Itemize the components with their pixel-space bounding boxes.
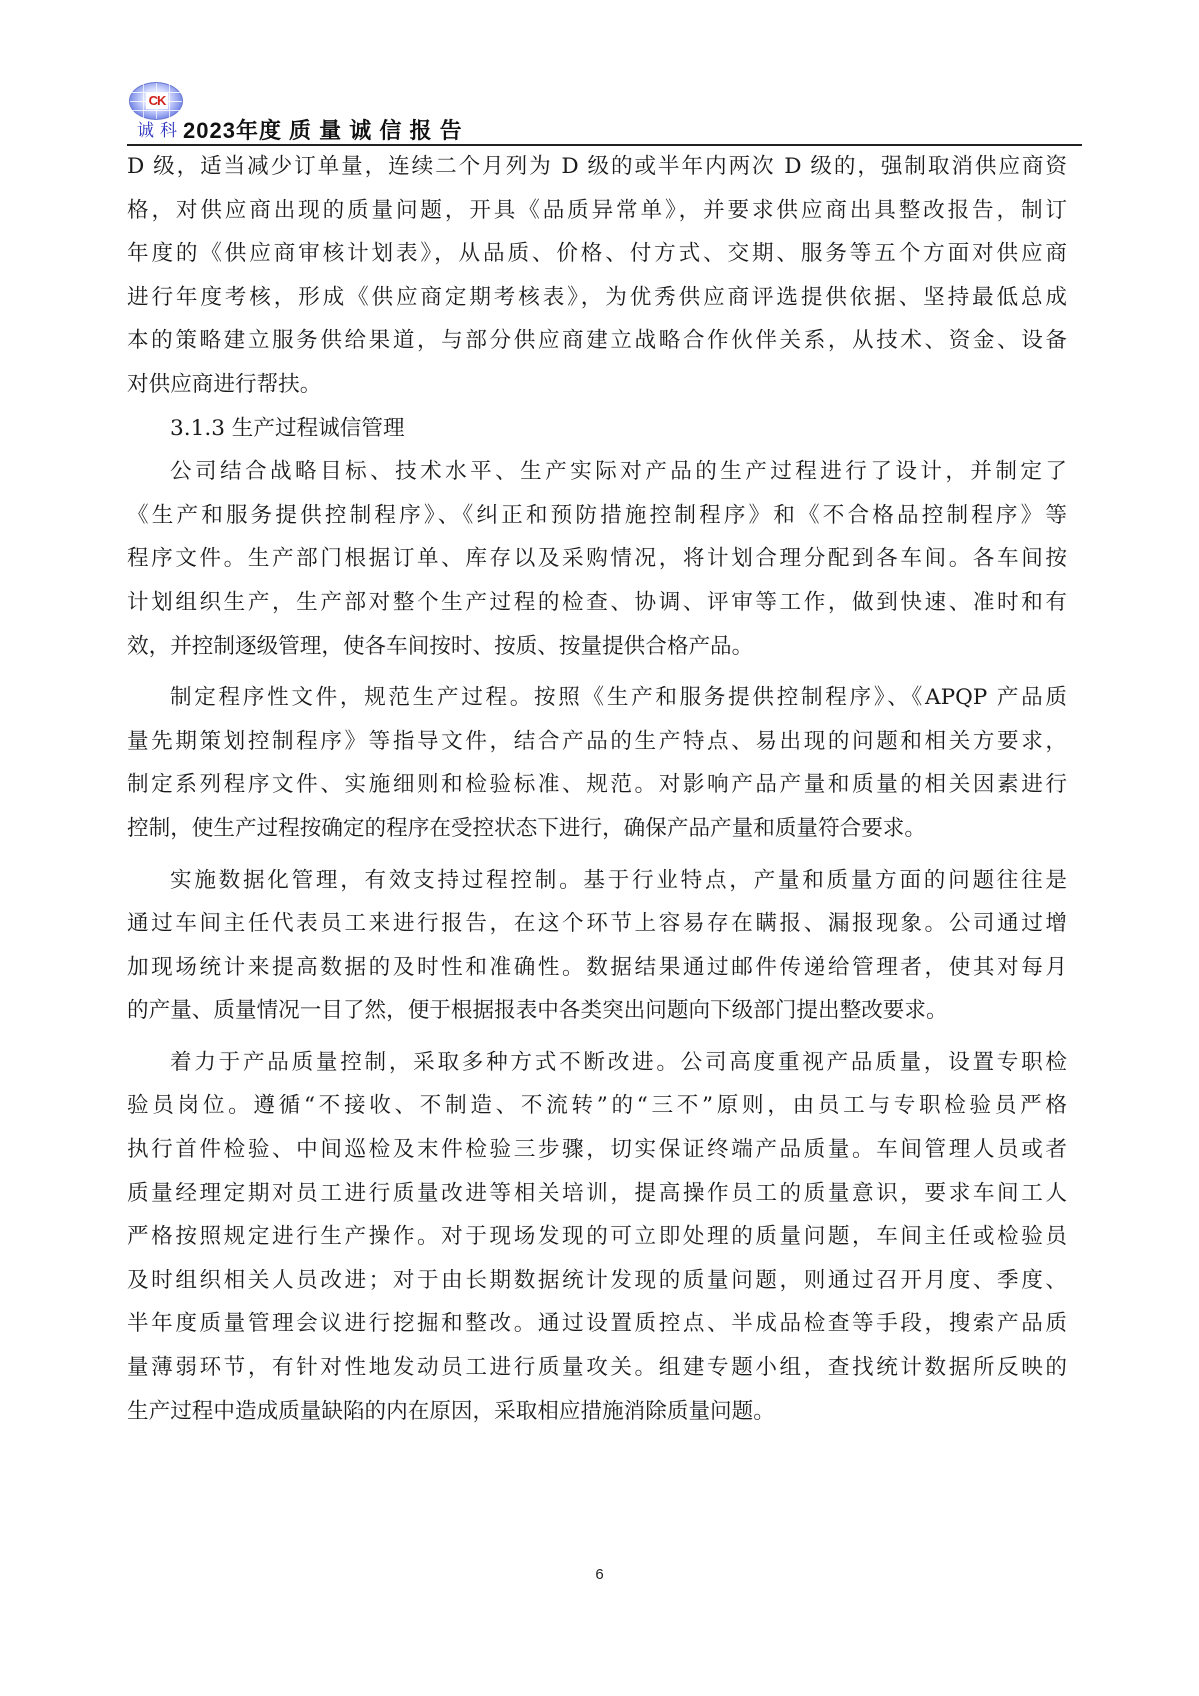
logo-company-name: 诚科 (137, 116, 183, 141)
text-line: 格，对供应商出现的质量问题，开具《品质异常单》，并要求供应商出具整改报告，制订 (127, 189, 1067, 233)
text-line: 严格按照规定进行生产操作。对于现场发现的可立即处理的质量问题，车间主任或检验员 (127, 1215, 1067, 1259)
text-line: 生产过程中造成质量缺陷的内在原因，采取相应措施消除质量问题。 (127, 1390, 1067, 1434)
text-line: 量先期策划控制程序》等指导文件，结合产品的生产特点、易出现的问题和相关方要求， (127, 720, 1067, 764)
text-line: 着力于产品质量控制，采取多种方式不断改进。公司高度重视产品质量，设置专职检 (127, 1041, 1067, 1085)
text-line: 半年度质量管理会议进行挖掘和整改。通过设置质控点、半成品检查等手段，搜索产品质 (127, 1302, 1067, 1346)
text-line: 年度的《供应商审核计划表》，从品质、价格、付方式、交期、服务等五个方面对供应商 (127, 232, 1067, 276)
globe-icon: CK (129, 82, 183, 120)
section-heading: 3.1.3 生产过程诚信管理 (127, 407, 1067, 451)
text-line: 《生产和服务提供控制程序》、《纠正和预防措施控制程序》和《不合格品控制程序》等 (127, 494, 1067, 538)
document-page: CK 诚科 2023年度 质 量 诚 信 报 告 D 级，适当减少订单量，连续二… (0, 0, 1199, 1696)
text-line: 对供应商进行帮扶。 (127, 363, 1067, 407)
text-line: 通过车间主任代表员工来进行报告，在这个环节上容易存在瞒报、漏报现象。公司通过增 (127, 902, 1067, 946)
text-line: 及时组织相关人员改进；对于由长期数据统计发现的质量问题，则通过召开月度、季度、 (127, 1259, 1067, 1303)
text-line: 公司结合战略目标、技术水平、生产实际对产品的生产过程进行了设计，并制定了 (127, 450, 1067, 494)
document-body: D 级，适当减少订单量，连续二个月列为 D 级的或半年内两次 D 级的，强制取消… (127, 145, 1067, 1433)
report-title: 2023年度 质 量 诚 信 报 告 (183, 114, 463, 145)
text-line: 进行年度考核，形成《供应商定期考核表》，为优秀供应商评选提供依据、坚持最低总成 (127, 276, 1067, 320)
text-line: 控制，使生产过程按确定的程序在受控状态下进行，确保产品产量和质量符合要求。 (127, 807, 1067, 851)
text-line: 质量经理定期对员工进行质量改进等相关培训，提高操作员工的质量意识，要求车间工人 (127, 1172, 1067, 1216)
paragraph-data-management: 实施数据化管理，有效支持过程控制。基于行业特点，产量和质量方面的问题往往是 通过… (127, 859, 1067, 1033)
text-line: 程序文件。生产部门根据订单、库存以及采购情况，将计划合理分配到各车间。各车间按 (127, 537, 1067, 581)
text-line: 实施数据化管理，有效支持过程控制。基于行业特点，产量和质量方面的问题往往是 (127, 859, 1067, 903)
text-line: 加现场统计来提高数据的及时性和准确性。数据结果通过邮件传递给管理者，使其对每月 (127, 946, 1067, 990)
text-line: 量薄弱环节，有针对性地发动员工进行质量攻关。组建专题小组，查找统计数据所反映的 (127, 1346, 1067, 1390)
text-line: 效，并控制逐级管理，使各车间按时、按质、按量提供合格产品。 (127, 625, 1067, 669)
text-line: 的产量、质量情况一目了然，便于根据报表中各类突出问题向下级部门提出整改要求。 (127, 989, 1067, 1033)
text-line: 制定系列程序文件、实施细则和检验标准、规范。对影响产品产量和质量的相关因素进行 (127, 763, 1067, 807)
text-line: 计划组织生产，生产部对整个生产过程的检查、协调、评审等工作，做到快速、准时和有 (127, 581, 1067, 625)
text-line: D 级，适当减少订单量，连续二个月列为 D 级的或半年内两次 D 级的，强制取消… (127, 145, 1067, 189)
text-line: 制定程序性文件，规范生产过程。按照《生产和服务提供控制程序》、《APQP 产品质 (127, 676, 1067, 720)
text-line: 执行首件检验、中间巡检及末件检验三步骤，切实保证终端产品质量。车间管理人员或者 (127, 1128, 1067, 1172)
paragraph-quality-control: 着力于产品质量控制，采取多种方式不断改进。公司高度重视产品质量，设置专职检 验员… (127, 1041, 1067, 1433)
paragraph-procedure-documents: 制定程序性文件，规范生产过程。按照《生产和服务提供控制程序》、《APQP 产品质… (127, 676, 1067, 850)
logo-mark: CK (146, 93, 168, 109)
text-line: 本的策略建立服务供给果道，与部分供应商建立战略合作伙伴关系，从技术、资金、设备 (127, 319, 1067, 363)
page-header: CK 诚科 2023年度 质 量 诚 信 报 告 (127, 80, 1082, 146)
text-line: 验员岗位。遵循“不接收、不制造、不流转”的“三不”原则，由员工与专职检验员严格 (127, 1084, 1067, 1128)
paragraph-process-design: 公司结合战略目标、技术水平、生产实际对产品的生产过程进行了设计，并制定了 《生产… (127, 450, 1067, 668)
paragraph-supplier-management: D 级，适当减少订单量，连续二个月列为 D 级的或半年内两次 D 级的，强制取消… (127, 145, 1067, 407)
page-number: 6 (0, 1566, 1199, 1583)
